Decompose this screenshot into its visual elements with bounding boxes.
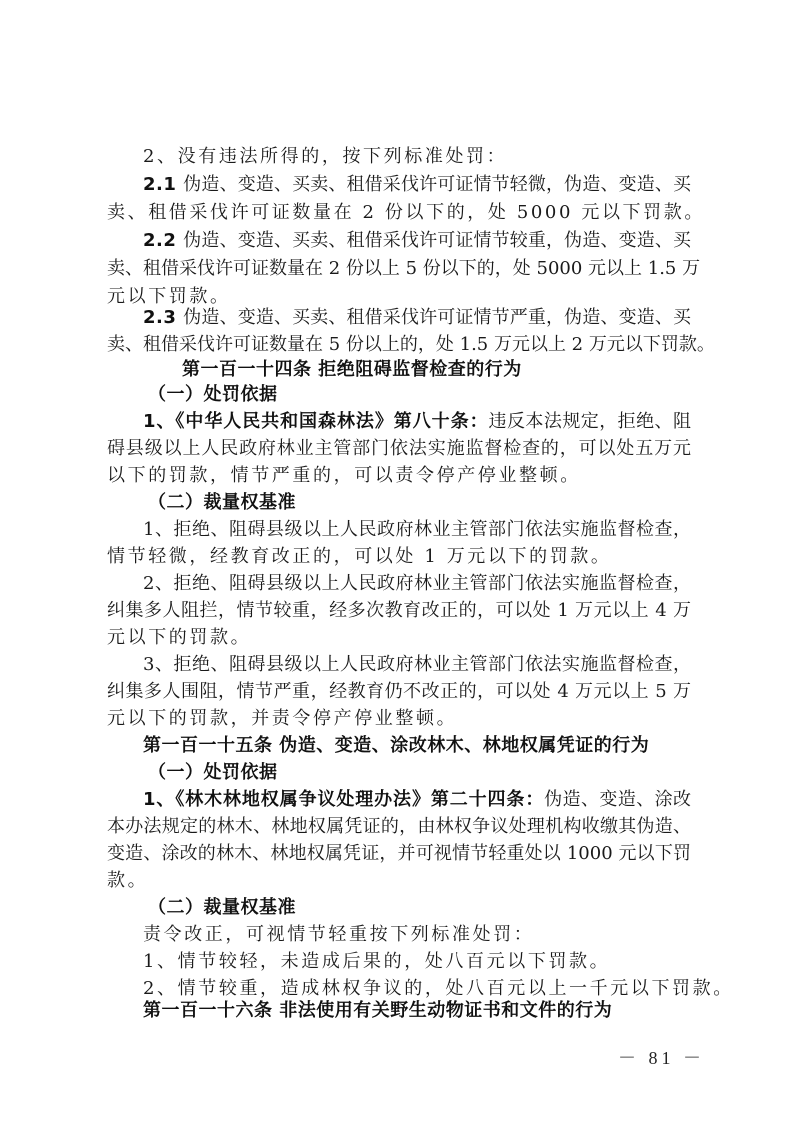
section-heading: 第一百一十四条 拒绝阻碍监督检查的行为	[182, 357, 766, 383]
paragraph-line: 2.3 伪造、变造、买卖、租借采伐许可证情节严重，伪造、变造、买	[143, 305, 691, 331]
paragraph-line: 1、《林木林地权属争议处理办法》第二十四条：伪造、变造、涂改	[143, 787, 691, 813]
paragraph-line: 2、拒绝、阻碍县级以上人民政府林业主管部门依法实施监督检查，	[143, 571, 691, 597]
bold-text: （二）裁量权基准	[148, 492, 296, 513]
bold-text: （一）处罚依据	[148, 384, 278, 405]
section-heading: （二）裁量权基准	[148, 490, 732, 516]
paragraph-line: 碍县级以上人民政府林业主管部门依法实施监督检查的，可以处五万元	[107, 436, 691, 462]
text: 变造、涂改的林木、林地权属凭证，并可视情节轻重处以 1000 元以下罚	[107, 843, 691, 864]
bold-text: 第一百一十五条 伪造、变造、涂改林木、林地权属凭证的行为	[143, 735, 649, 756]
paragraph-line: 纠集多人阻拦，情节较重，经多次教育改正的，可以处 1 万元以上 4 万	[107, 598, 691, 624]
paragraph-line: 卖、租借采伐许可证数量在 2 份以上 5 份以下的，处 5000 元以上 1.5…	[107, 256, 691, 282]
paragraph-line: 卖、租借采伐许可证数量在 2 份以下的，处 5000 元以下罚款。	[107, 200, 691, 226]
bold-text: 第一百一十四条 拒绝阻碍监督检查的行为	[182, 359, 522, 380]
bold-text: （二）裁量权基准	[148, 897, 296, 918]
text: 伪造、变造、买卖、租借采伐许可证情节较重，伪造、变造、买	[183, 230, 691, 251]
paragraph-line: 1、《中华人民共和国森林法》第八十条：违反本法规定，拒绝、阻	[143, 409, 691, 435]
paragraph-line: 1、拒绝、阻碍县级以上人民政府林业主管部门依法实施监督检查，	[143, 517, 691, 543]
section-heading: 第一百一十六条 非法使用有关野生动物证书和文件的行为	[143, 998, 727, 1024]
text: 1、情节较轻，未造成后果的，处八百元以下罚款。	[143, 951, 610, 972]
paragraph-line: 本办法规定的林木、林地权属凭证的，由林权争议处理机构收缴其伪造、	[107, 814, 691, 840]
paragraph-line: 元以下的罚款。	[107, 625, 691, 651]
text: 1、拒绝、阻碍县级以上人民政府林业主管部门依法实施监督检查，	[143, 519, 691, 540]
section-heading: 第一百一十五条 伪造、变造、涂改林木、林地权属凭证的行为	[143, 733, 727, 759]
section-heading: （一）处罚依据	[148, 382, 732, 408]
paragraph-line: 变造、涂改的林木、林地权属凭证，并可视情节轻重处以 1000 元以下罚	[107, 841, 691, 867]
paragraph-line: 以下的罚款，情节严重的，可以责令停产停业整顿。	[107, 463, 691, 489]
document-page: 2、没有违法所得的，按下列标准处罚：2.1 伪造、变造、买卖、租借采伐许可证情节…	[0, 0, 793, 1122]
section-heading: （二）裁量权基准	[148, 895, 732, 921]
text: 伪造、变造、涂改	[544, 789, 691, 810]
paragraph-line: 1、情节较轻，未造成后果的，处八百元以下罚款。	[143, 949, 691, 975]
bold-text: 2.2	[143, 230, 183, 251]
text: 伪造、变造、买卖、租借采伐许可证情节轻微，伪造、变造、买	[183, 174, 691, 195]
bold-text: （一）处罚依据	[148, 762, 278, 783]
text: 款。	[107, 870, 148, 891]
text: 元以下的罚款。	[107, 627, 251, 648]
paragraph-line: 3、拒绝、阻碍县级以上人民政府林业主管部门依法实施监督检查，	[143, 652, 691, 678]
section-heading: （一）处罚依据	[148, 760, 732, 786]
paragraph-line: 款。	[107, 868, 691, 894]
text: 情节轻微，经教育改正的，可以处 1 万元以下的罚款。	[107, 546, 612, 567]
text: 碍县级以上人民政府林业主管部门依法实施监督检查的，可以处五万元	[107, 438, 691, 459]
bold-text: 1、《林木林地权属争议处理办法》第二十四条：	[143, 789, 544, 810]
text: 纠集多人阻拦，情节较重，经多次教育改正的，可以处 1 万元以上 4 万	[107, 600, 691, 621]
text: 纠集多人围阻，情节严重，经教育仍不改正的，可以处 4 万元以上 5 万	[107, 681, 691, 702]
paragraph-line: 责令改正，可视情节轻重按下列标准处罚：	[143, 922, 691, 948]
text: 违反本法规定，拒绝、阻	[489, 411, 691, 432]
text: 卖、租借采伐许可证数量在 5 份以上的，处 1.5 万元以上 2 万元以下罚款。	[107, 334, 715, 355]
text: 2、拒绝、阻碍县级以上人民政府林业主管部门依法实施监督检查，	[143, 573, 691, 594]
paragraph-line: 卖、租借采伐许可证数量在 5 份以上的，处 1.5 万元以上 2 万元以下罚款。	[107, 332, 691, 358]
paragraph-line: 情节轻微，经教育改正的，可以处 1 万元以下的罚款。	[107, 544, 691, 570]
paragraph-line: 2.1 伪造、变造、买卖、租借采伐许可证情节轻微，伪造、变造、买	[143, 172, 691, 198]
text: 元以下的罚款，并责令停产停业整顿。	[107, 708, 457, 729]
bold-text: 2.1	[143, 174, 183, 195]
bold-text: 2.3	[143, 307, 183, 328]
text: 2、情节较重，造成林权争议的，处八百元以上一千元以下罚款。	[143, 978, 734, 999]
paragraph-line: 2.2 伪造、变造、买卖、租借采伐许可证情节较重，伪造、变造、买	[143, 228, 691, 254]
text: 伪造、变造、买卖、租借采伐许可证情节严重，伪造、变造、买	[183, 307, 691, 328]
paragraph-line: 元以下的罚款，并责令停产停业整顿。	[107, 706, 691, 732]
bold-text: 1、《中华人民共和国森林法》第八十条：	[143, 411, 489, 432]
text: 卖、租借采伐许可证数量在 2 份以下的，处 5000 元以下罚款。	[107, 202, 705, 223]
text: 责令改正，可视情节轻重按下列标准处罚：	[143, 924, 534, 945]
paragraph-line: 2、没有违法所得的，按下列标准处罚：	[143, 144, 691, 170]
page-number: － 81 －	[618, 1044, 705, 1070]
bold-text: 第一百一十六条 非法使用有关野生动物证书和文件的行为	[143, 1000, 612, 1021]
paragraph-line: 纠集多人围阻，情节严重，经教育仍不改正的，可以处 4 万元以上 5 万	[107, 679, 691, 705]
text: 以下的罚款，情节严重的，可以责令停产停业整顿。	[107, 465, 581, 486]
text: 2、没有违法所得的，按下列标准处罚：	[143, 146, 507, 167]
text: 3、拒绝、阻碍县级以上人民政府林业主管部门依法实施监督检查，	[143, 654, 691, 675]
text: 本办法规定的林木、林地权属凭证的，由林权争议处理机构收缴其伪造、	[107, 816, 691, 837]
text: 元以下罚款。	[107, 286, 231, 307]
text: 卖、租借采伐许可证数量在 2 份以上 5 份以下的，处 5000 元以上 1.5…	[107, 258, 700, 279]
